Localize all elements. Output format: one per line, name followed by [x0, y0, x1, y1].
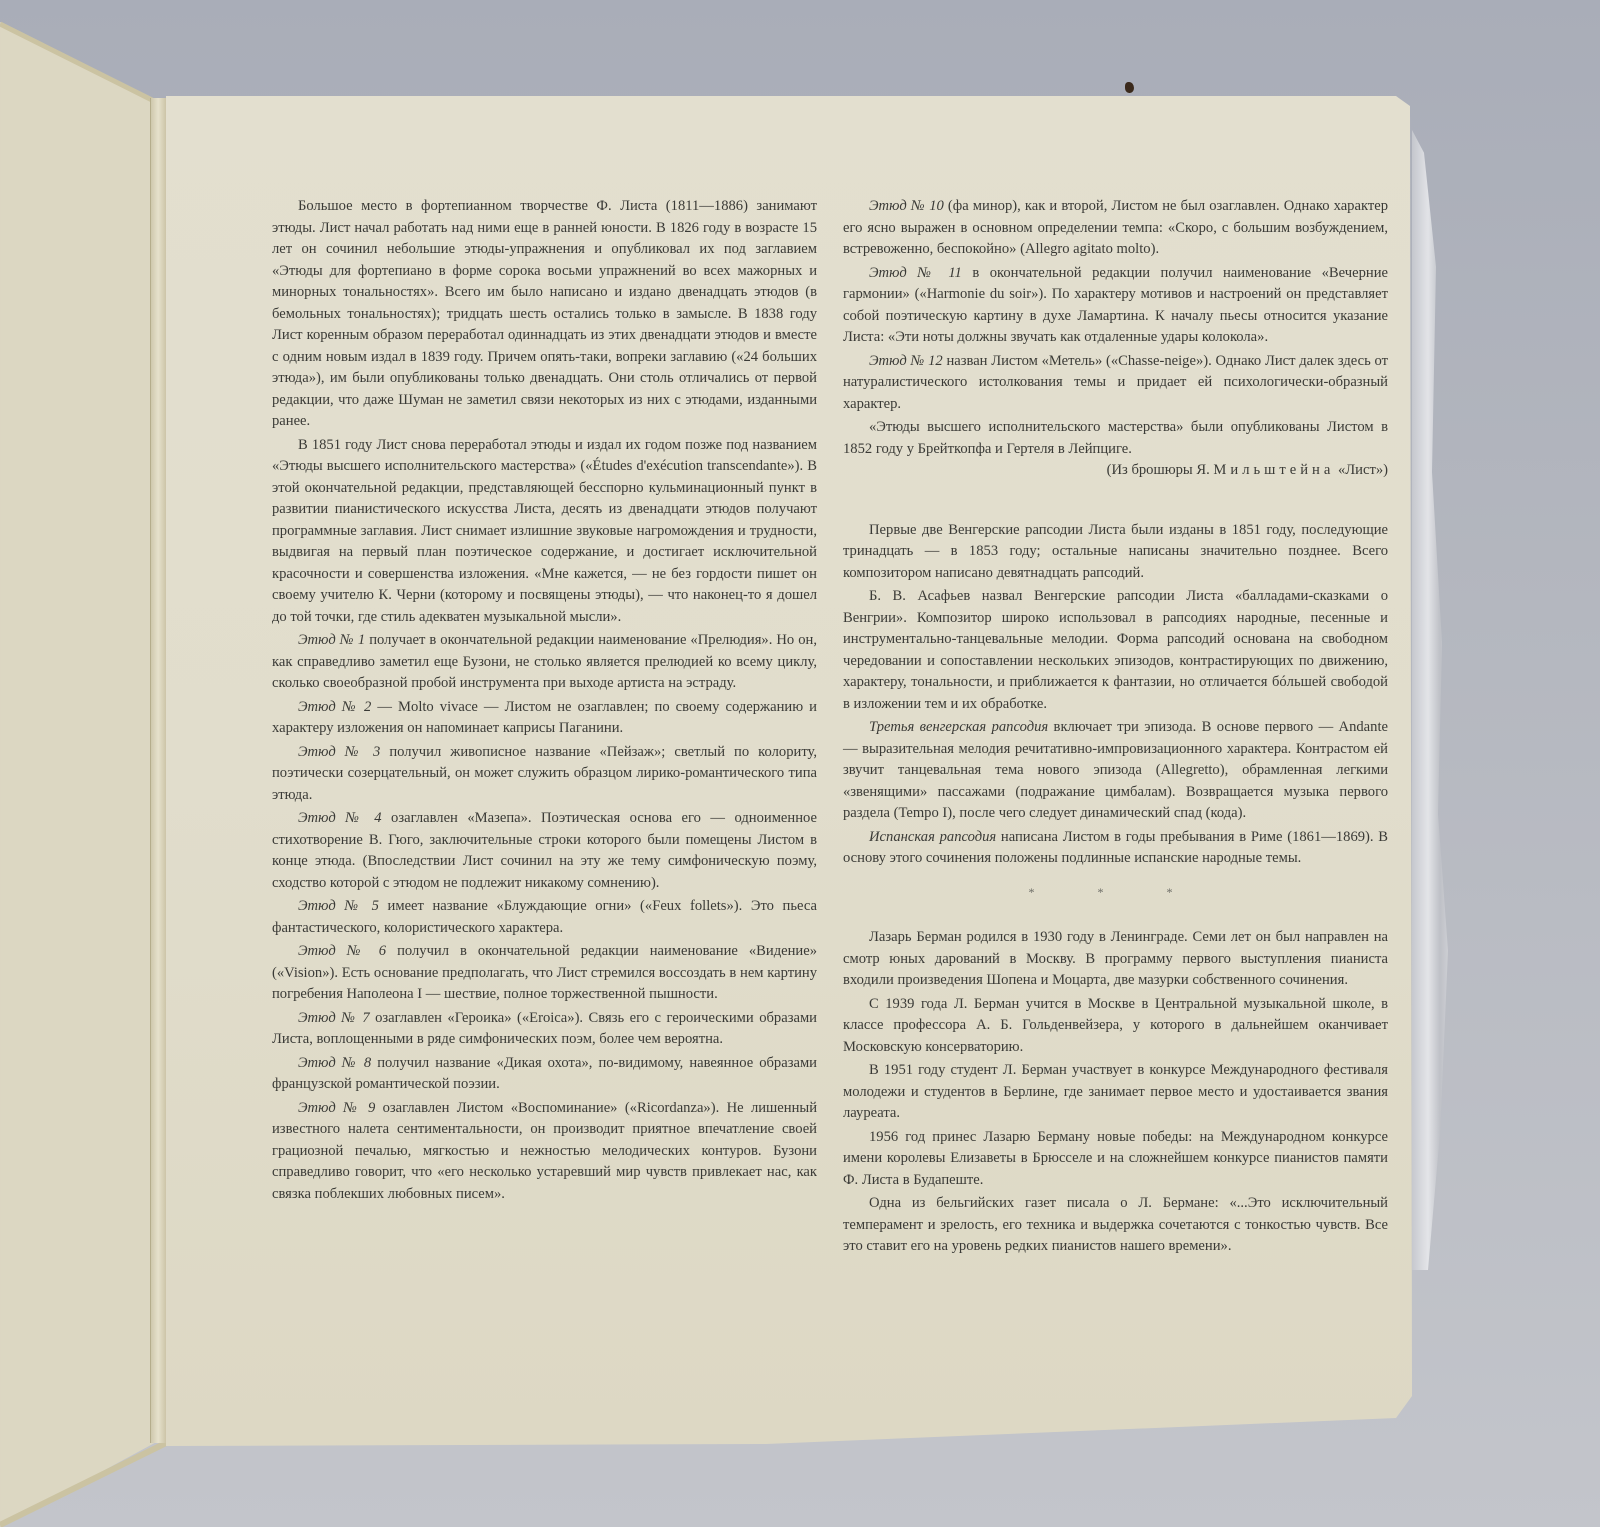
- etude-8-heading: Этюд № 8: [298, 1055, 371, 1071]
- etude-2-paragraph: Этюд № 2 — Molto vivace — Листом не озаг…: [272, 697, 817, 740]
- etude-11-paragraph: Этюд № 11 в окончательной редакции получ…: [843, 263, 1388, 349]
- etude-3-paragraph: Этюд № 3 получил живописное название «Пе…: [272, 742, 817, 807]
- section-gap: [843, 484, 1388, 520]
- left-cover-flap: [0, 0, 168, 1527]
- etude-9-paragraph: Этюд № 9 озаглавлен Листом «Воспоминание…: [272, 1098, 817, 1206]
- etude-3-heading: Этюд № 3: [298, 744, 380, 760]
- source-author: Мильштейна: [1213, 462, 1334, 478]
- bio-paragraph-1956: 1956 год принес Лазарю Берману новые поб…: [843, 1127, 1388, 1192]
- source-title: «Лист»): [1334, 462, 1388, 478]
- etude-5-paragraph: Этюд № 5 имеет название «Блуждающие огни…: [272, 896, 817, 939]
- etude-1-paragraph: Этюд № 1 получает в окончательной редакц…: [272, 630, 817, 695]
- bio-paragraph-1951: В 1951 году студент Л. Берман участвует …: [843, 1060, 1388, 1125]
- rhapsody-3-paragraph: Третья венгерская рапсодия включает три …: [843, 717, 1388, 825]
- right-text-column: Этюд № 10 (фа минор), как и второй, Лист…: [843, 196, 1388, 1260]
- paragraph-1851-edition: В 1851 году Лист снова переработал этюды…: [272, 435, 817, 629]
- rhapsody-3-heading: Третья венгерская рапсодия: [869, 719, 1048, 735]
- etude-10-paragraph: Этюд № 10 (фа минор), как и второй, Лист…: [843, 196, 1388, 261]
- etude-11-heading: Этюд № 11: [869, 265, 962, 281]
- etude-2-heading: Этюд № 2: [298, 699, 371, 715]
- etude-7-paragraph: Этюд № 7 озаглавлен «Героика» («Eroica»)…: [272, 1008, 817, 1051]
- bio-paragraph-birth: Лазарь Берман родился в 1930 году в Лени…: [843, 927, 1388, 992]
- source-citation: (Из брошюры Я. Мильштейна «Лист»): [843, 460, 1388, 482]
- gatefold-spine: [150, 98, 168, 1443]
- etude-6-heading: Этюд № 6: [298, 943, 386, 959]
- section-separator: * * *: [843, 882, 1388, 904]
- publication-paragraph: «Этюды высшего исполнительского мастерст…: [843, 417, 1388, 460]
- etude-7-heading: Этюд № 7: [298, 1010, 370, 1026]
- spanish-rhapsody-heading: Испанская рапсодия: [869, 829, 996, 845]
- asafyev-paragraph: Б. В. Асафьев назвал Венгерские рапсодии…: [843, 586, 1388, 715]
- etude-4-paragraph: Этюд № 4 озаглавлен «Мазепа». Поэтическа…: [272, 808, 817, 894]
- rhapsodies-intro-paragraph: Первые две Венгерские рапсодии Листа был…: [843, 520, 1388, 585]
- etude-4-heading: Этюд № 4: [298, 810, 382, 826]
- left-text-column: Большое место в фортепианном творчестве …: [272, 196, 817, 1207]
- intro-paragraph: Большое место в фортепианном творчестве …: [272, 196, 817, 433]
- etude-6-paragraph: Этюд № 6 получил в окончательной редакци…: [272, 941, 817, 1006]
- etude-5-heading: Этюд № 5: [298, 898, 379, 914]
- source-prefix: (Из брошюры Я.: [1107, 462, 1214, 478]
- etude-1-heading: Этюд № 1: [298, 632, 365, 648]
- spanish-rhapsody-paragraph: Испанская рапсодия написана Листом в год…: [843, 827, 1388, 870]
- bio-paragraph-press: Одна из бельгийских газет писала о Л. Бе…: [843, 1193, 1388, 1258]
- plastic-inner-sleeve: [1412, 130, 1452, 1270]
- etude-8-paragraph: Этюд № 8 получил название «Дикая охота»,…: [272, 1053, 817, 1096]
- bio-paragraph-study: С 1939 года Л. Берман учится в Москве в …: [843, 994, 1388, 1059]
- etude-9-heading: Этюд № 9: [298, 1100, 375, 1116]
- etude-10-heading: Этюд № 10: [869, 198, 944, 214]
- etude-12-heading: Этюд № 12: [869, 353, 943, 369]
- etude-12-paragraph: Этюд № 12 назван Листом «Метель» («Chass…: [843, 351, 1388, 416]
- ink-mark: [1125, 82, 1134, 93]
